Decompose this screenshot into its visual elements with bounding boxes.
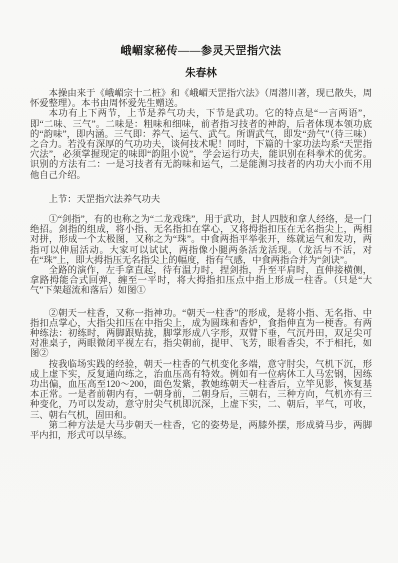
paragraph-origin: 本操由来于《峨嵋宗十二桩》和《峨嵋天罡指穴法》（周潜川著，现已散失，周怀爱整理）… — [30, 89, 372, 109]
paragraph-second-method: 第二种方法是大马步朝天一柱香，它的姿势是，两膝外摆，形成骑马步，两脚平内扣，形式… — [30, 421, 372, 441]
paragraph-incense-posture: ②朝天一柱香，又称一指神功。“朝天一柱香”的形成，是将小指、无名指、中指扣点掌心… — [30, 309, 372, 360]
section-heading: 上节：天罡指穴法养气功夫 — [30, 195, 372, 205]
document-body: 本操由来于《峨嵋宗十二桩》和《峨嵋天罡指穴法》（周潜川著，现已散失，周怀爱整理）… — [30, 89, 372, 441]
paragraph-sword-finger: ①“剑指”，有的也称之为“二龙戏珠”，用于武功，封人四肢和拿人经络，是一门绝招。… — [30, 215, 372, 266]
paragraph-experience: 按我临场实践的经验，朝天一柱香的气机变化多端，意守肘尖，气机下沉，形成上虚下实，… — [30, 360, 372, 421]
author-name: 朱春林 — [30, 67, 372, 80]
scanned-document-page: 峨嵋家秘传——参灵天罡指穴法 朱春林 本操由来于《峨嵋宗十二桩》和《峨嵋天罡指穴… — [0, 0, 398, 563]
paragraph-overview: 本功有上下两节，上节是养气功夫，下节是武功。它的特点是“一言两语”，即“二味、三… — [30, 109, 372, 180]
document-title: 峨嵋家秘传——参灵天罡指穴法 — [30, 44, 372, 58]
paragraph-movement: 全路的演作，左手拿直起，待有温力时，捏剑指，升至平肩时，直伸接横侧，拿路拇能合式… — [30, 266, 372, 297]
scan-content: 峨嵋家秘传——参灵天罡指穴法 朱春林 本操由来于《峨嵋宗十二桩》和《峨嵋天罡指穴… — [30, 44, 372, 441]
